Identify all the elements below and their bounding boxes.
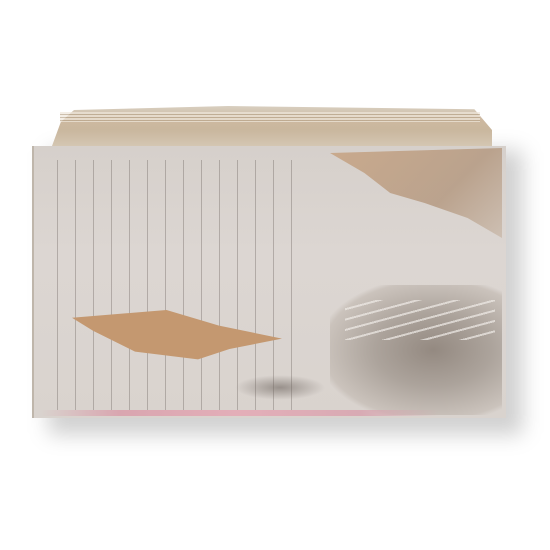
pink-bottom-edge [40, 410, 440, 416]
printed-image-highlights [345, 300, 495, 340]
faded-text-lines [40, 160, 300, 410]
dark-ink-mark [235, 375, 325, 400]
book-page-edges [60, 112, 480, 122]
